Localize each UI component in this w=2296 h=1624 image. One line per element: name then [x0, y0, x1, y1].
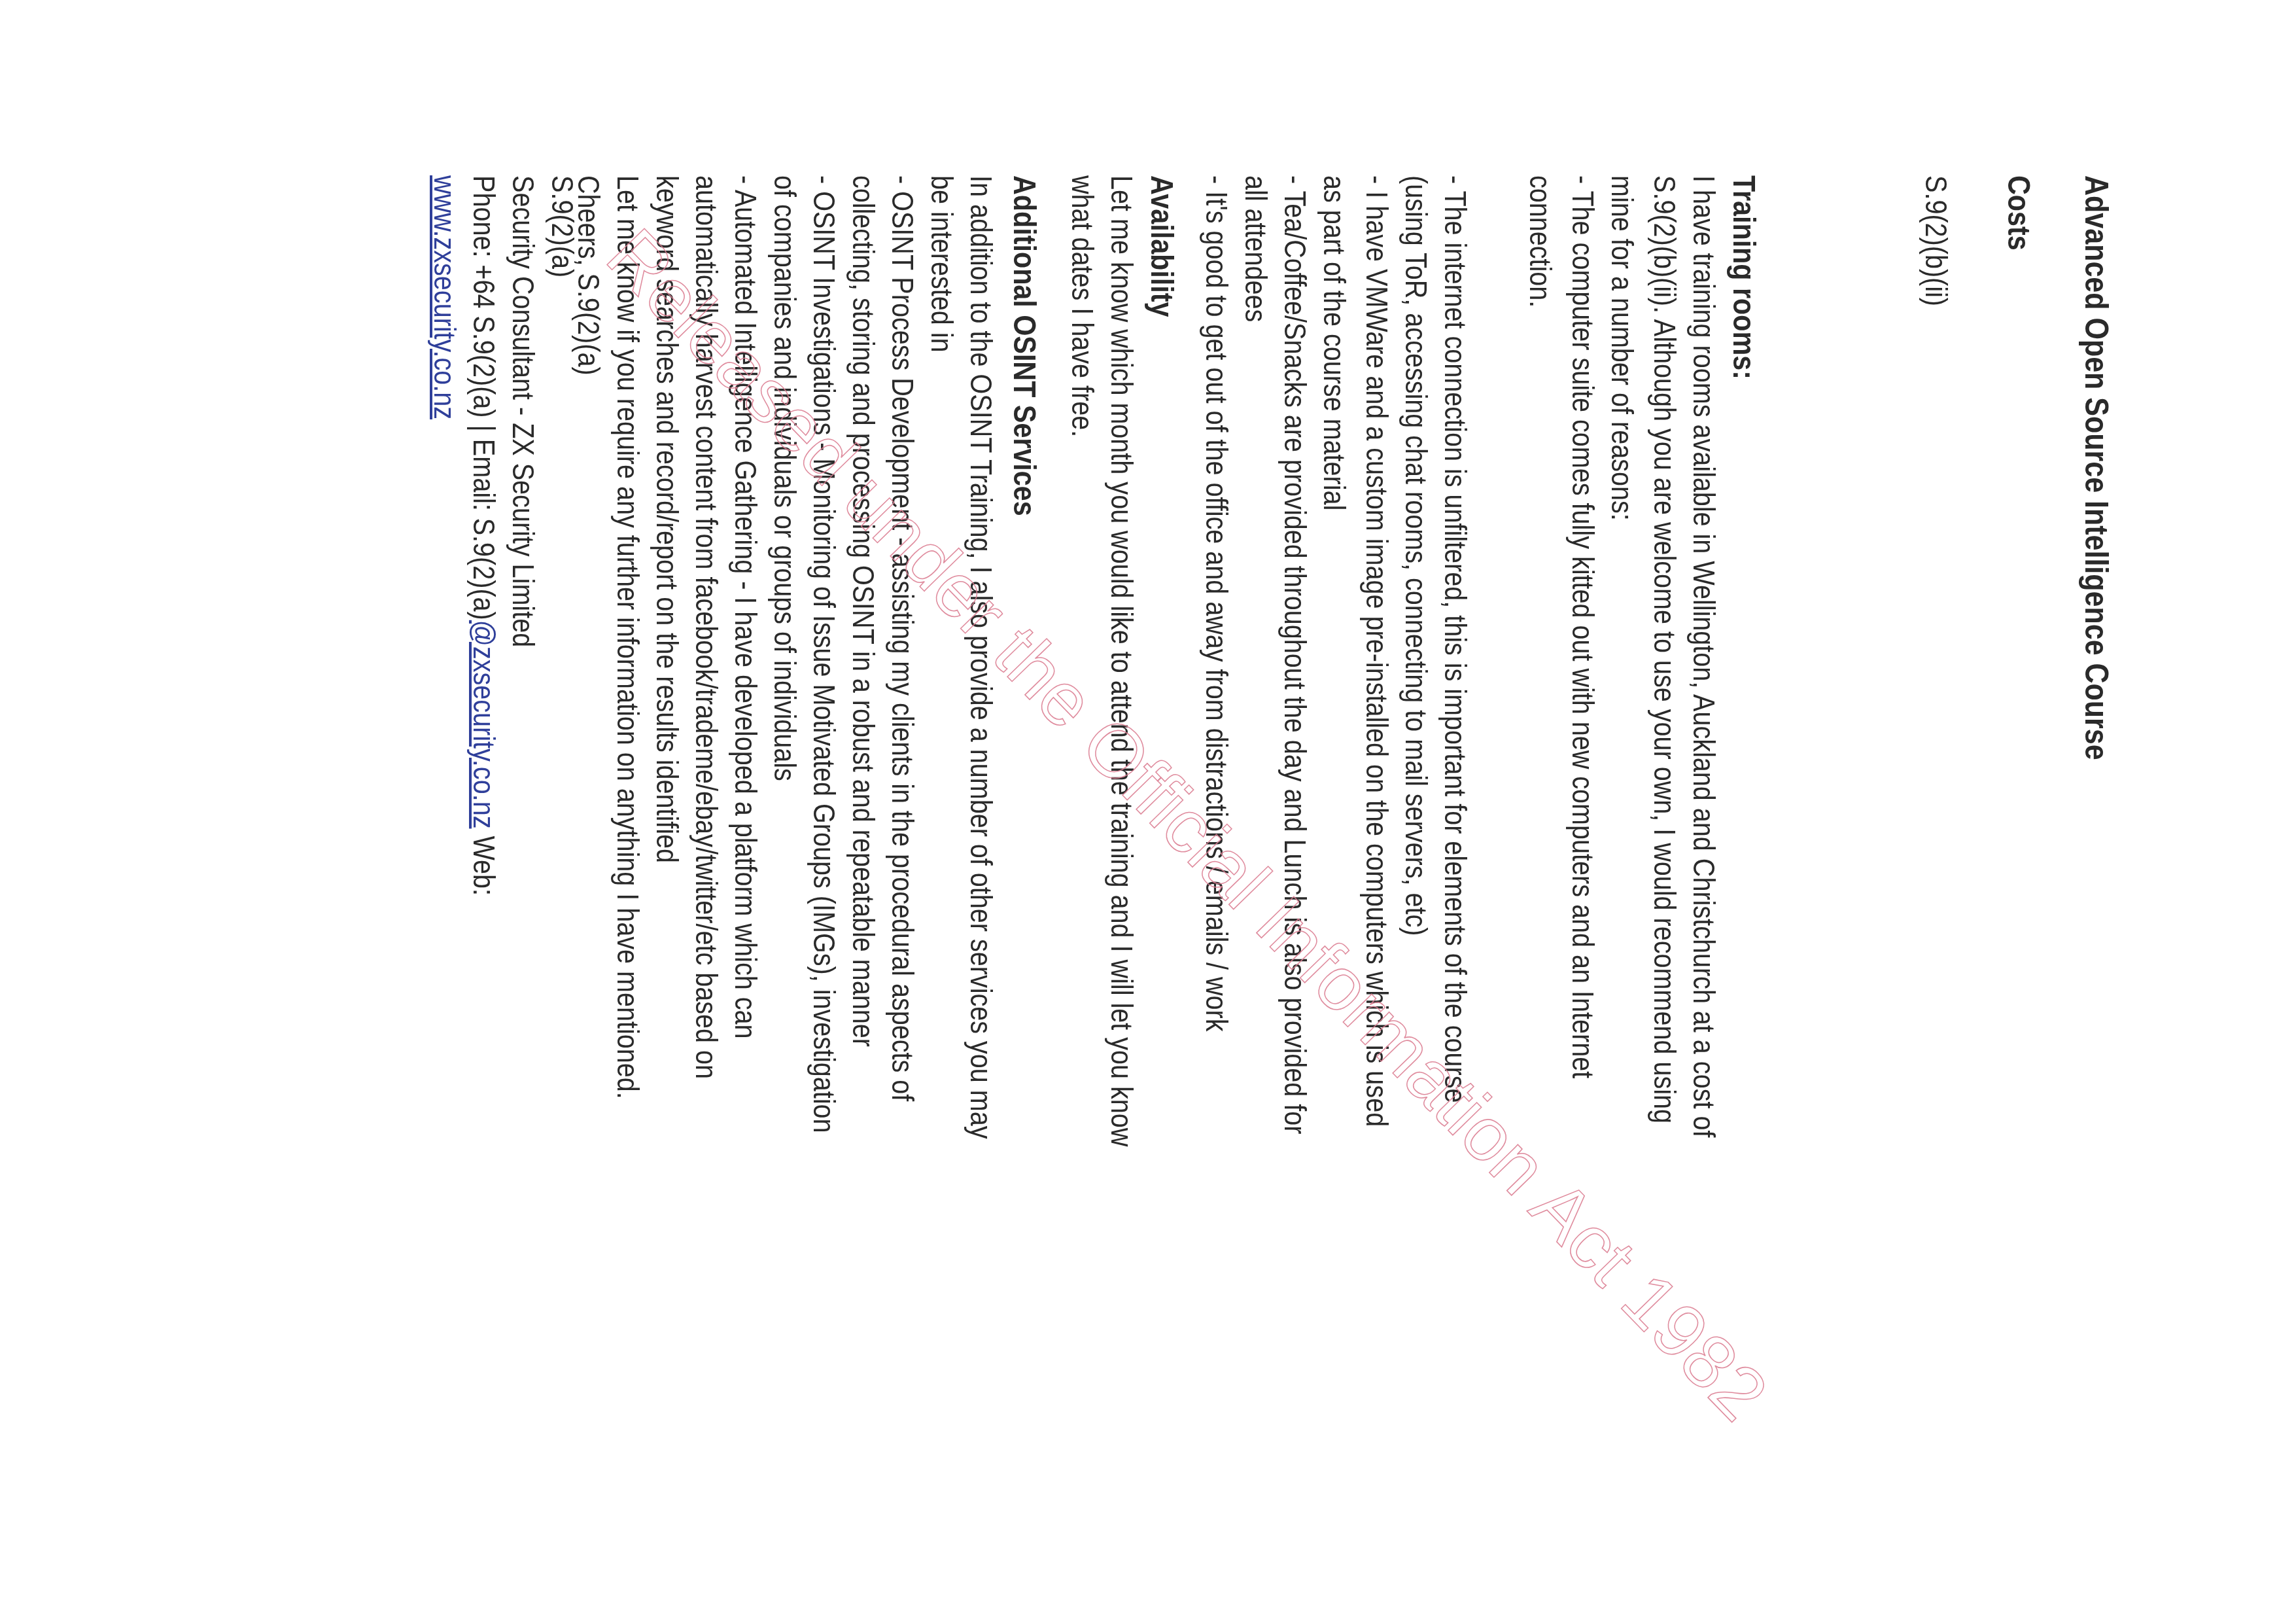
additional-services-heading: Additional OSINT Services — [1004, 175, 1043, 516]
costs-value: S.9(2)(b)(ii) — [1917, 175, 1956, 306]
website-link[interactable]: www.zxsecurity.co.nz — [428, 175, 462, 419]
signature-website-line: www.zxsecurity.co.nz — [425, 175, 464, 419]
training-rooms-line: S.9(2)(b)(ii). Although you are welcome … — [1645, 175, 1684, 1123]
training-bullet-line: all attendees — [1236, 175, 1276, 322]
training-bullet-line: - The internet connection is unfiltered,… — [1436, 175, 1475, 1103]
document-page: Advanced Open Source Intelligence Course… — [0, 0, 2296, 1624]
additional-services-line: be interested in — [922, 175, 962, 353]
signature-role: Security Consultant - ZX Security Limite… — [504, 175, 543, 647]
costs-heading: Costs — [1998, 175, 2038, 251]
availability-heading: Availability — [1141, 175, 1181, 317]
additional-services-line: - OSINT Investigations - Monitoring of I… — [805, 175, 844, 1133]
additional-services-line: In addition to the OSINT Training, I als… — [962, 175, 1001, 1139]
additional-services-line: Let me know if you require any further i… — [608, 175, 648, 1099]
training-rooms-line: I have training rooms available in Welli… — [1684, 175, 1724, 1137]
additional-services-line: keyword searches and record/report on th… — [648, 175, 687, 863]
signature-phone-email: Phone: +64 S.9(2)(a) | Email: S.9(2)(a) — [467, 175, 501, 620]
signature-name: S.9(2)(a) — [543, 175, 582, 277]
additional-services-line: - OSINT Process Development - assisting … — [883, 175, 922, 1101]
training-rooms-line: - The computer suite comes fully kitted … — [1563, 175, 1603, 1078]
training-rooms-heading: Training rooms: — [1724, 175, 1763, 380]
training-rooms-line: connection. — [1521, 175, 1560, 308]
training-bullet-line: (using ToR, accessing chat rooms, connec… — [1397, 175, 1436, 936]
training-rooms-line: mine for a number of reasons: — [1603, 175, 1642, 521]
additional-services-line: automatically harvest content from faceb… — [687, 175, 726, 1079]
email-link[interactable]: @zxsecurity.co.nz — [467, 620, 501, 829]
signature-contact: Phone: +64 S.9(2)(a) | Email: S.9(2)(a)@… — [464, 175, 504, 896]
training-bullet-line: - Tea/Coffee/Snacks are provided through… — [1276, 175, 1315, 1134]
availability-line: Let me know which month you would like t… — [1102, 175, 1141, 1146]
availability-line: what dates I have free. — [1063, 175, 1102, 437]
web-label: Web: — [467, 828, 501, 896]
training-bullet-line: as part of the course material — [1315, 175, 1354, 510]
document-title: Advanced Open Source Intelligence Course — [2077, 175, 2116, 760]
additional-services-line: collecting, storing and processing OSINT… — [844, 175, 883, 1047]
additional-services-line: - Automated Intelligence Gathering - I h… — [726, 175, 765, 1038]
training-bullet-line: - It's good to get out of the office and… — [1197, 175, 1236, 1032]
additional-services-line: of companies and individuals or groups o… — [765, 175, 805, 781]
training-bullet-line: - I have VMWare and a custom image pre-i… — [1357, 175, 1397, 1127]
